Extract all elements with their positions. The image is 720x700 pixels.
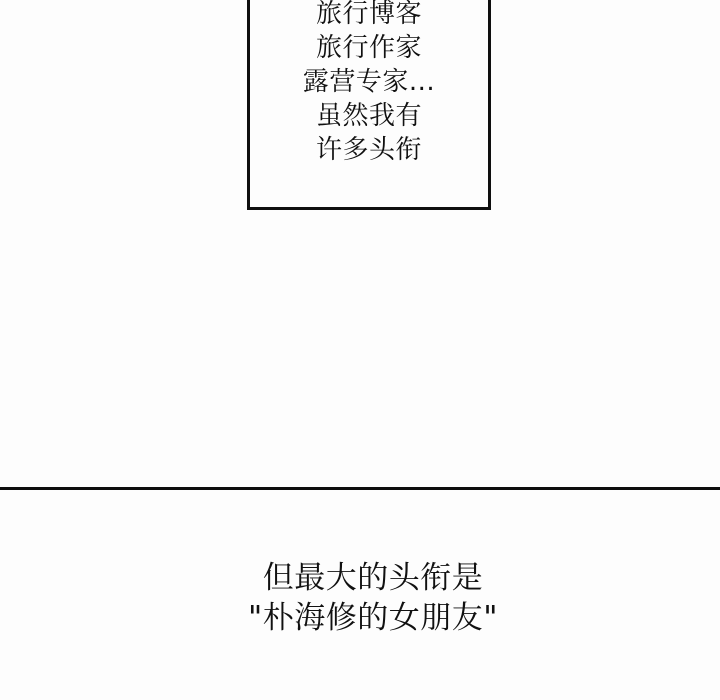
caption-text: 但最大的头衔是 "朴海修的女朋友" [248, 558, 498, 638]
narration-box: 旅行博客 旅行作家 露营专家... 虽然我有 许多头衔 [247, 0, 491, 210]
caption-line: "朴海修的女朋友" [248, 598, 498, 638]
narration-line: 许多头衔 [250, 133, 488, 167]
narration-line: 虽然我有 [250, 99, 488, 133]
narration-line: 旅行博客 [250, 0, 488, 31]
narration-line: 旅行作家 [250, 31, 488, 65]
narration-line: 露营专家... [250, 65, 488, 99]
caption-line: 但最大的头衔是 [248, 558, 498, 598]
comic-page: 旅行博客 旅行作家 露营专家... 虽然我有 许多头衔 但最大的头衔是 "朴海修… [0, 0, 720, 700]
panel-divider [0, 487, 720, 490]
